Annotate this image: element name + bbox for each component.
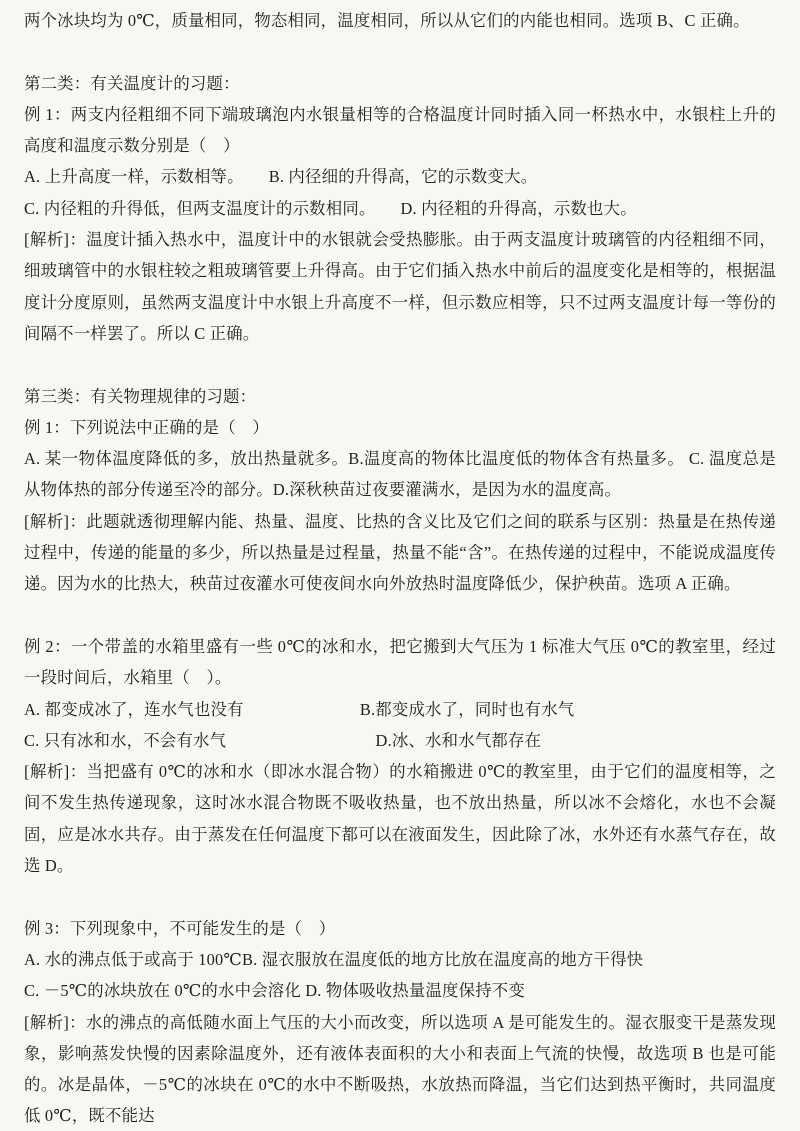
paragraph: 两个冰块均为 0℃，质量相同，物态相同，温度相同，所以从它们的内能也相同。选项 … xyxy=(24,5,776,36)
heading: 第二类：有关温度计的习题： xyxy=(24,68,776,99)
analysis: [解析]：当把盛有 0℃的冰和水（即冰水混合物）的水箱搬进 0℃的教室里，由于它… xyxy=(24,756,776,881)
paragraph: 例 1：两支内径粗细不同下端玻璃泡内水银量相等的合格温度计同时插入同一杯热水中，… xyxy=(24,99,776,162)
option-row: A. 都变成冰了，连水气也没有 B.都变成水了，同时也有水气 xyxy=(24,694,776,725)
option-row: C. 内径粗的升得低，但两支温度计的示数相同。 D. 内径粗的升得高，示数也大。 xyxy=(24,193,776,224)
analysis: [解析]：水的沸点的高低随水面上气压的大小而改变，所以选项 A 是可能发生的。湿… xyxy=(24,1007,776,1131)
heading: 第三类：有关物理规律的习题： xyxy=(24,381,776,412)
paragraph: 例 1：下列说法中正确的是（ ） xyxy=(24,412,776,443)
document-body: 两个冰块均为 0℃，质量相同，物态相同，温度相同，所以从它们的内能也相同。选项 … xyxy=(24,5,776,1131)
option-row: A. 水的沸点低于或高于 100℃B. 湿衣服放在温度低的地方比放在温度高的地方… xyxy=(24,944,776,975)
document-page: 两个冰块均为 0℃，质量相同，物态相同，温度相同，所以从它们的内能也相同。选项 … xyxy=(0,0,800,1131)
paragraph: 例 3：下列现象中，不可能发生的是（ ） xyxy=(24,913,776,944)
analysis: [解析]：此题就透彻理解内能、热量、温度、比热的含义比及它们之间的联系与区别：热… xyxy=(24,506,776,600)
option-row: A. 某一物体温度降低的多，放出热量就多。B.温度高的物体比温度低的物体含有热量… xyxy=(24,443,776,506)
option-row: A. 上升高度一样，示数相等。 B. 内径细的升得高，它的示数变大。 xyxy=(24,161,776,192)
analysis: [解析]：温度计插入热水中，温度计中的水银就会受热膨胀。由于两支温度计玻璃管的内… xyxy=(24,224,776,349)
option-row: C. －5℃的冰块放在 0℃的水中会溶化 D. 物体吸收热量温度保持不变 xyxy=(24,975,776,1006)
option-row: C. 只有冰和水，不会有水气 D.冰、水和水气都存在 xyxy=(24,725,776,756)
paragraph: 例 2：一个带盖的水箱里盛有一些 0℃的冰和水，把它搬到大气压为 1 标准大气压… xyxy=(24,631,776,694)
